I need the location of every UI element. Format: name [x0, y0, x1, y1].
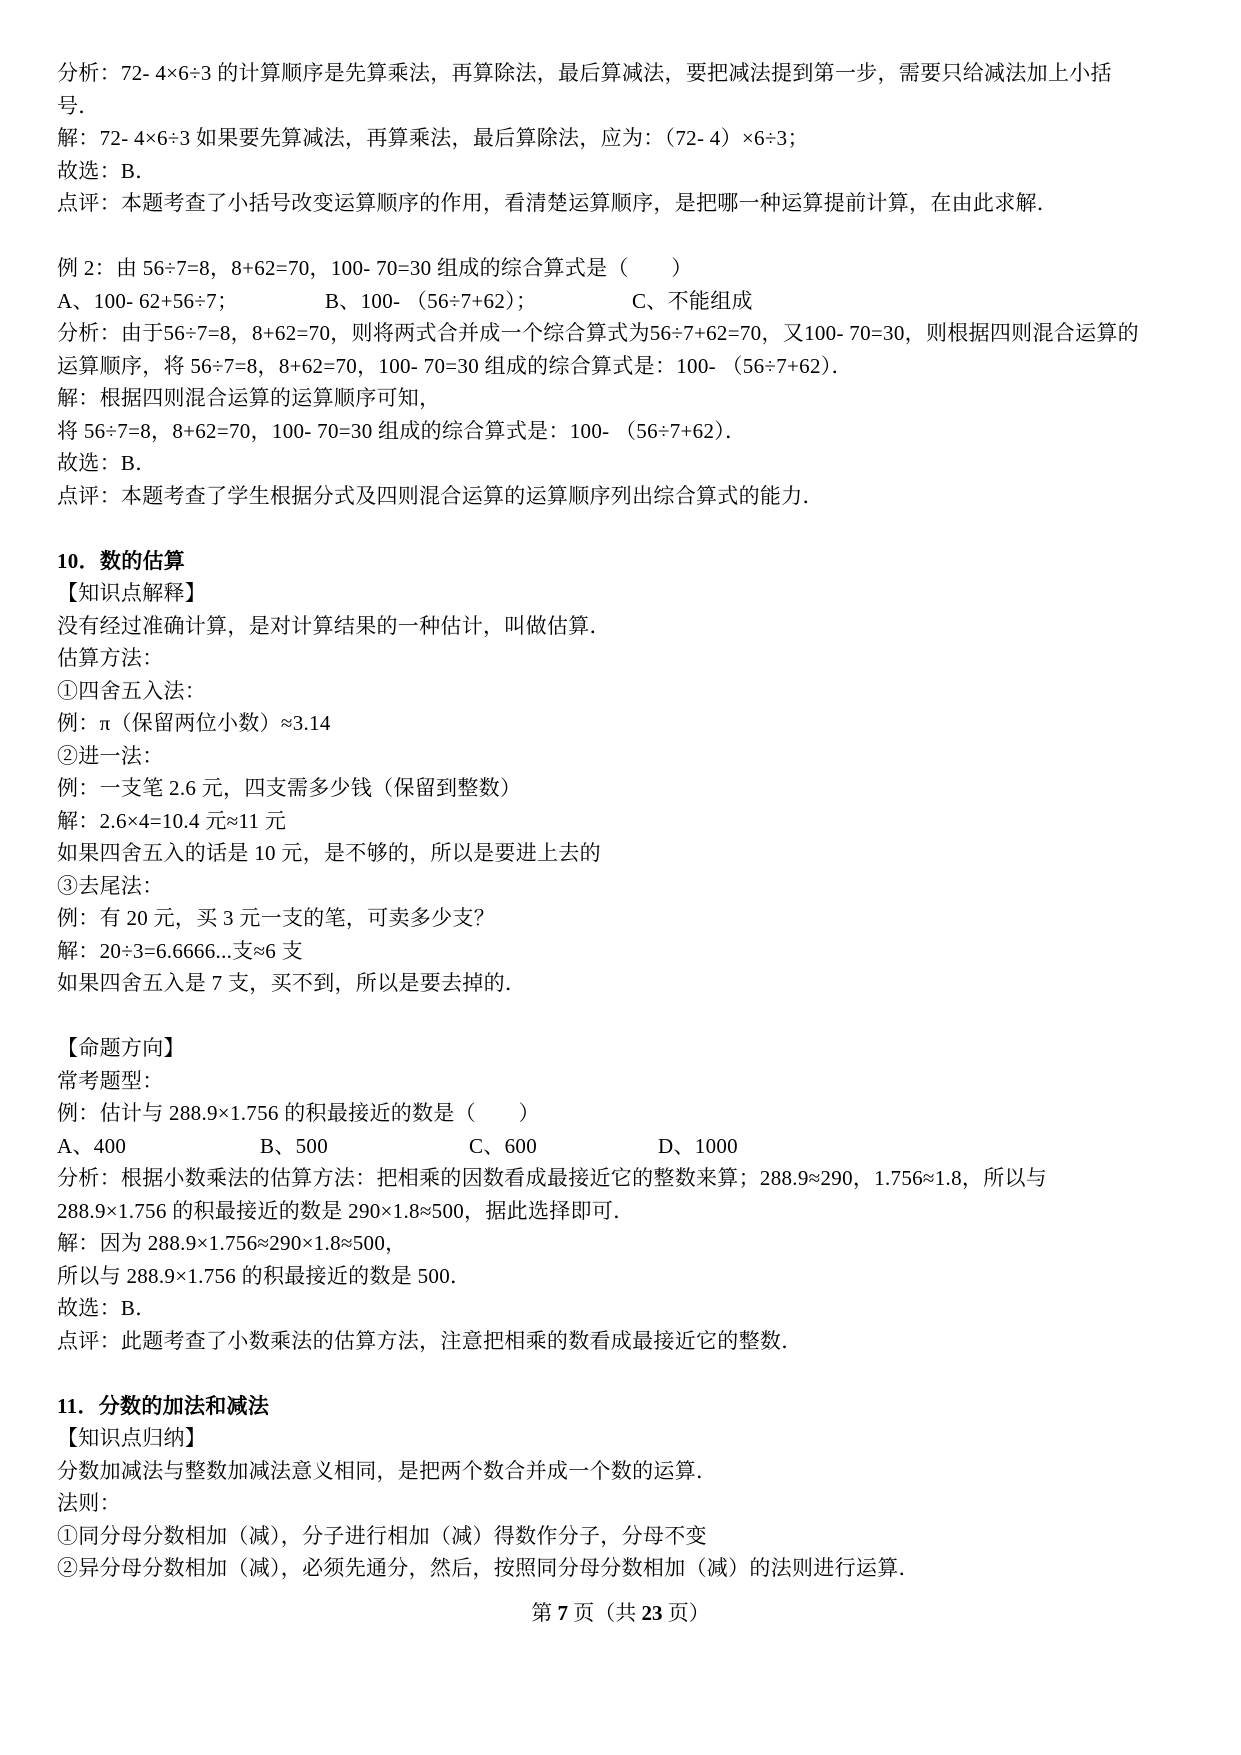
page-footer: 第 7 页（共 23 页） [0, 1597, 1241, 1630]
option-a: A、400 [57, 1130, 126, 1163]
knowledge-summary-label: 【知识点归纳】 [57, 1422, 1227, 1455]
text-line: 点评：本题考查了小括号改变运算顺序的作用，看清楚运算顺序，是把哪一种运算提前计算… [57, 187, 1227, 220]
option-c: C、不能组成 [632, 285, 753, 318]
text-line: 解：根据四则混合运算的运算顺序可知， [57, 382, 1227, 415]
text-line: 常考题型： [57, 1065, 1227, 1098]
page-number-text: 第 [531, 1601, 557, 1625]
text-line: ②异分母分数相加（减），必须先通分，然后，按照同分母分数相加（减）的法则进行运算… [57, 1552, 1227, 1585]
section-heading-10: 10．数的估算 [57, 545, 1227, 578]
text-line: 解：因为 288.9×1.756≈290×1.8≈500， [57, 1227, 1227, 1260]
text-line: 解：72- 4×6÷3 如果要先算减法，再算乘法，最后算除法，应为：（72- 4… [57, 122, 1227, 155]
text-line: ②进一法： [57, 740, 1227, 773]
knowledge-point-label: 【知识点解释】 [57, 577, 1227, 610]
blank-line [57, 1000, 1227, 1033]
option-d: D、1000 [658, 1130, 738, 1163]
text-line: 估算方法： [57, 642, 1227, 675]
text-line: 解：20÷3=6.6666...支≈6 支 [57, 935, 1227, 968]
text-line: 点评：本题考查了学生根据分式及四则混合运算的运算顺序列出综合算式的能力． [57, 480, 1227, 513]
text-line: 分析：由于56÷7=8，8+62=70，则将两式合并成一个综合算式为56÷7+6… [57, 317, 1227, 350]
question-example-2: 例 2：由 56÷7=8，8+62=70，100- 70=30 组成的综合算式是… [57, 252, 1227, 285]
text-line: 故选：B． [57, 447, 1227, 480]
blank-line [57, 512, 1227, 545]
text-line: 解：2.6×4=10.4 元≈11 元 [57, 805, 1227, 838]
text-line: 所以与 288.9×1.756 的积最接近的数是 500． [57, 1260, 1227, 1293]
page-number-text: 页（共 [568, 1601, 642, 1625]
text-line: ③去尾法： [57, 870, 1227, 903]
text-line: ①同分母分数相加（减），分子进行相加（减）得数作分子，分母不变 [57, 1520, 1227, 1553]
section-heading-11: 11．分数的加法和减法 [57, 1390, 1227, 1423]
text-line: 288.9×1.756 的积最接近的数是 290×1.8≈500，据此选择即可． [57, 1195, 1227, 1228]
options-row-estimate: A、400B、500C、600D、1000 [57, 1130, 1227, 1163]
text-line: 故选：B． [57, 1292, 1227, 1325]
text-line: 故选：B． [57, 155, 1227, 188]
document-page: 分析：72- 4×6÷3 的计算顺序是先算乘法，再算除法，最后算减法，要把减法提… [0, 0, 1241, 1755]
text-line: 例：有 20 元，买 3 元一支的笔，可卖多少支？ [57, 902, 1227, 935]
text-line: 点评：此题考查了小数乘法的估算方法，注意把相乘的数看成最接近它的整数． [57, 1325, 1227, 1358]
text-line: 运算顺序，将 56÷7=8，8+62=70，100- 70=30 组成的综合算式… [57, 350, 1227, 383]
text-line: 如果四舍五入是 7 支，买不到，所以是要去掉的． [57, 967, 1227, 1000]
text-line: 例：π（保留两位小数）≈3.14 [57, 707, 1227, 740]
topic-direction-label: 【命题方向】 [57, 1032, 1227, 1065]
text-line: 法则： [57, 1487, 1227, 1520]
text-line: 分数加减法与整数加减法意义相同，是把两个数合并成一个数的运算． [57, 1455, 1227, 1488]
page-number-text: 7 [558, 1601, 569, 1625]
text-line: 分析：根据小数乘法的估算方法：把相乘的因数看成最接近它的整数来算；288.9≈2… [57, 1162, 1227, 1195]
text-line: 号． [57, 90, 1227, 123]
blank-line [57, 1357, 1227, 1390]
blank-line [57, 220, 1227, 253]
page-number-text: 页） [663, 1601, 710, 1625]
option-b: B、100- （56÷7+62）； [325, 285, 537, 318]
option-b: B、500 [260, 1130, 328, 1163]
option-a: A、100- 62+56÷7； [57, 285, 238, 318]
text-line: 如果四舍五入的话是 10 元，是不够的，所以是要进上去的 [57, 837, 1227, 870]
question-estimate: 例：估计与 288.9×1.756 的积最接近的数是（ ） [57, 1097, 1227, 1130]
document-content: 分析：72- 4×6÷3 的计算顺序是先算乘法，再算除法，最后算减法，要把减法提… [57, 57, 1227, 1585]
text-line: 将 56÷7=8，8+62=70，100- 70=30 组成的综合算式是：100… [57, 415, 1227, 448]
option-c: C、600 [469, 1130, 537, 1163]
text-line: ①四舍五入法： [57, 675, 1227, 708]
text-line: 分析：72- 4×6÷3 的计算顺序是先算乘法，再算除法，最后算减法，要把减法提… [57, 57, 1227, 90]
text-line: 例：一支笔 2.6 元，四支需多少钱（保留到整数） [57, 772, 1227, 805]
text-line: 没有经过准确计算，是对计算结果的一种估计，叫做估算． [57, 610, 1227, 643]
page-number-text: 23 [642, 1601, 663, 1625]
options-row-example-2: A、100- 62+56÷7；B、100- （56÷7+62）；C、不能组成 [57, 285, 1227, 318]
